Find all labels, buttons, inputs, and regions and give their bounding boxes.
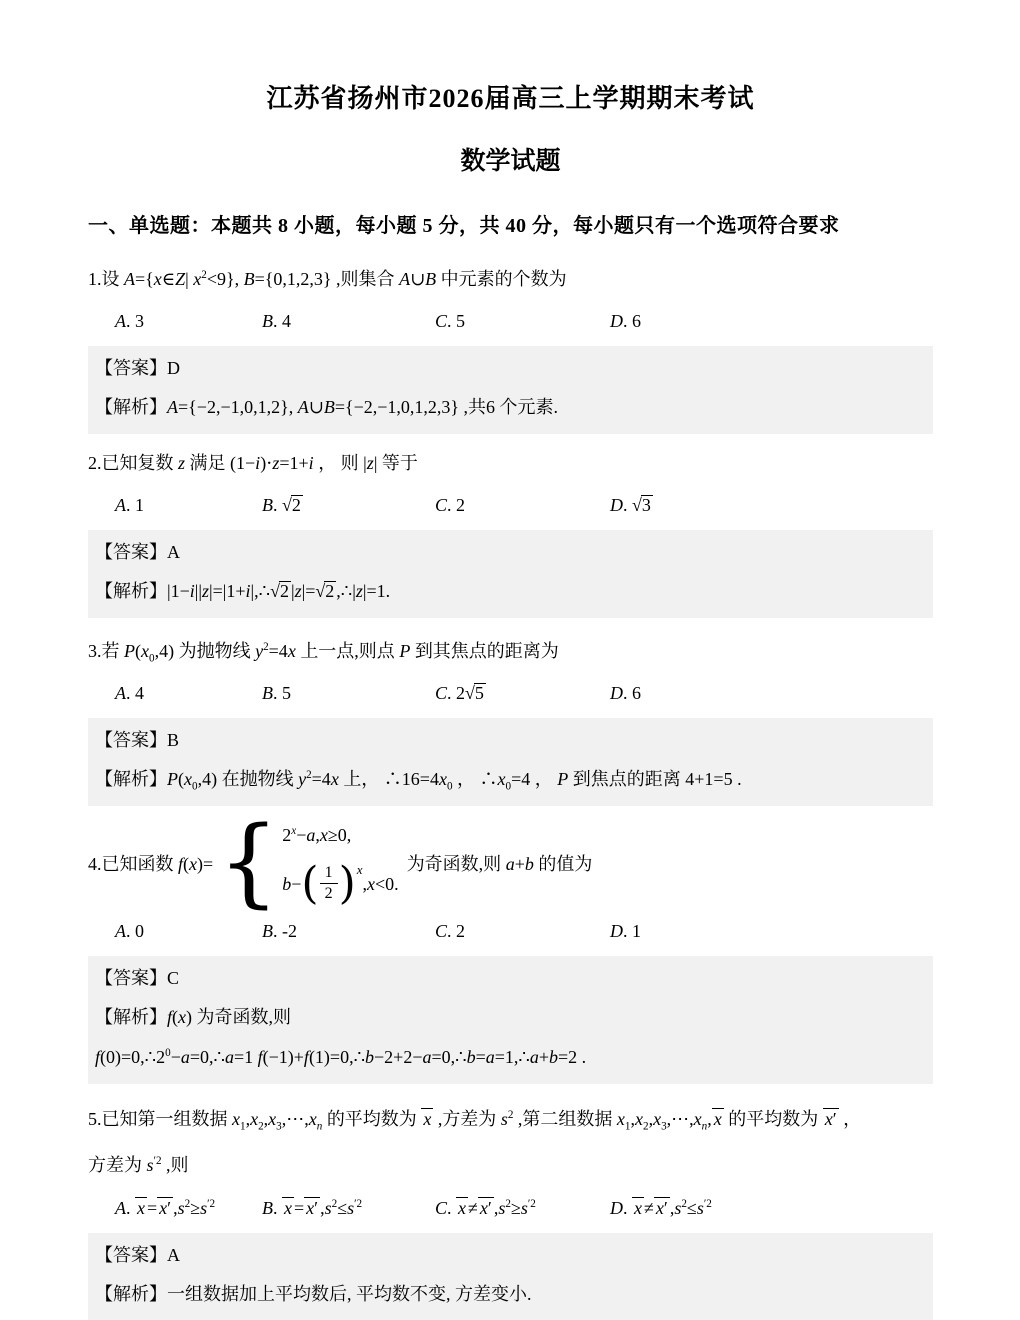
option-c: C. x≠x′,s2≥s′2 <box>435 1197 610 1219</box>
option-b: B. 4 <box>262 311 435 332</box>
fraction-numerator: 1 <box>320 864 338 884</box>
answer-line: 【答案】A <box>95 539 923 565</box>
analysis-line: 【解析】f(x) 为奇函数,则 <box>95 1003 923 1031</box>
stem-pre: 4.已知函数 f(x)= <box>88 850 213 876</box>
exponent-x: x <box>357 857 363 883</box>
answer-block: 【答案】A 【解析】|1−i||z|=|1+i|,∴√2|z|=√2,∴|z|=… <box>88 530 933 618</box>
options-row: A. 1 B. √2 C. 2 D. √3 <box>88 495 933 516</box>
analysis-line: 【解析】|1−i||z|=|1+i|,∴√2|z|=√2,∴|z|=1. <box>95 577 923 605</box>
fraction-one-half: 1 2 <box>320 864 338 904</box>
piecewise-brace: { <box>218 822 279 904</box>
piecewise-line-1: 2x−a,x≥0, <box>282 822 398 848</box>
option-d: D. 1 <box>610 921 933 942</box>
answer-line: 【答案】A <box>95 1242 923 1268</box>
analysis-line: 【解析】一组数据加上平均数后, 平均数不变, 方差变小. <box>95 1280 923 1308</box>
option-a: A. 4 <box>115 683 262 704</box>
question-5: 5.已知第一组数据 x1,x2,x3,⋯,xn 的平均数为 x ,方差为 s2 … <box>88 1104 933 1320</box>
question-stem: 2.已知复数 z 满足 (1−i)⋅z=1+i ， 则 |z| 等于 <box>88 448 933 478</box>
options-row: A. 4 B. 5 C. 2√5 D. 6 <box>88 683 933 704</box>
answer-block: 【答案】A 【解析】一组数据加上平均数后, 平均数不变, 方差变小. <box>88 1233 933 1320</box>
pw2-pre: b− <box>282 871 301 897</box>
option-b: B. √2 <box>262 495 435 516</box>
option-b: B. -2 <box>262 921 435 942</box>
analysis-line-2: f(0)=0,∴20−a=0,∴a=1 f(−1)+f(1)=0,∴b−2+2−… <box>95 1043 923 1071</box>
question-stem: 5.已知第一组数据 x1,x2,x3,⋯,xn 的平均数为 x ,方差为 s2 … <box>88 1104 933 1134</box>
answer-value: B <box>167 730 179 750</box>
answer-block: 【答案】D 【解析】A={−2,−1,0,1,2}, A∪B={−2,−1,0,… <box>88 346 933 434</box>
answer-value: C <box>167 968 179 988</box>
option-d: D. x≠x′,s2≤s′2 <box>610 1197 933 1219</box>
analysis-text: P(x0,4) 在抛物线 y2=4x 上， ∴16=4x0 ， ∴x0=4 ， … <box>167 769 742 789</box>
option-c: C. 2√5 <box>435 683 610 704</box>
answer-value: D <box>167 358 180 378</box>
option-d: D. 6 <box>610 683 933 704</box>
question-2: 2.已知复数 z 满足 (1−i)⋅z=1+i ， 则 |z| 等于 A. 1 … <box>88 448 933 618</box>
stem-text: 2.已知复数 z 满足 (1−i)⋅z=1+i ， 则 |z| 等于 <box>88 453 418 473</box>
option-b: B. 5 <box>262 683 435 704</box>
answer-label: 【答案】 <box>95 730 167 750</box>
option-a: A. x=x′,s2≥s′2 <box>115 1197 262 1219</box>
question-stem: 1.设 A={x∈Z| x2<9}, B={0,1,2,3} ,则集合 A∪B … <box>88 264 933 294</box>
section-heading: 一、单选题：本题共 8 小题，每小题 5 分，共 40 分，每小题只有一个选项符… <box>88 209 933 238</box>
option-a: A. 0 <box>115 921 262 942</box>
analysis-line: 【解析】P(x0,4) 在抛物线 y2=4x 上， ∴16=4x0 ， ∴x0=… <box>95 765 923 793</box>
answer-block: 【答案】B 【解析】P(x0,4) 在抛物线 y2=4x 上， ∴16=4x0 … <box>88 718 933 806</box>
answer-label: 【答案】 <box>95 542 167 562</box>
question-4: 4.已知函数 f(x)= { 2x−a,x≥0, b− ( 1 2 ) x ,x… <box>88 822 933 1084</box>
analysis-label: 【解析】 <box>95 1007 167 1027</box>
answer-label: 【答案】 <box>95 1245 167 1265</box>
options-row: A. x=x′,s2≥s′2 B. x=x′,s2≤s′2 C. x≠x′,s2… <box>88 1197 933 1219</box>
analysis-label: 【解析】 <box>95 1284 167 1304</box>
stem-post: 为奇函数,则 a+b 的值为 <box>407 850 593 876</box>
option-a: A. 3 <box>115 311 262 332</box>
right-paren: ) <box>339 866 356 901</box>
option-c: C. 2 <box>435 921 610 942</box>
analysis-text: A={−2,−1,0,1,2}, A∪B={−2,−1,0,1,2,3} ,共6… <box>167 397 558 417</box>
question-1: 1.设 A={x∈Z| x2<9}, B={0,1,2,3} ,则集合 A∪B … <box>88 264 933 434</box>
option-d: D. √3 <box>610 495 933 516</box>
options-row: A. 0 B. -2 C. 2 D. 1 <box>88 921 933 942</box>
answer-value: A <box>167 1245 180 1265</box>
analysis-label: 【解析】 <box>95 581 167 601</box>
fraction-denominator: 2 <box>320 884 338 903</box>
option-a: A. 1 <box>115 495 262 516</box>
answer-label: 【答案】 <box>95 358 167 378</box>
stem-text: 1.设 A={x∈Z| x2<9}, B={0,1,2,3} ,则集合 A∪B … <box>88 269 567 289</box>
analysis-text: |1−i||z|=|1+i|,∴√2|z|=√2,∴|z|=1. <box>167 581 390 601</box>
answer-line: 【答案】C <box>95 965 923 991</box>
stem-text: 3.若 P(x0,4) 为抛物线 y2=4x 上一点,则点 P 到其焦点的距离为 <box>88 641 559 661</box>
analysis-text: f(x) 为奇函数,则 <box>167 1007 291 1027</box>
exam-subtitle: 数学试题 <box>88 141 933 177</box>
piecewise-line-2: b− ( 1 2 ) x ,x<0. <box>282 864 398 904</box>
answer-line: 【答案】B <box>95 727 923 753</box>
left-paren: ( <box>301 866 318 901</box>
exam-document-page: 江苏省扬州市2026届高三上学期期末考试 数学试题 一、单选题：本题共 8 小题… <box>0 0 1020 1320</box>
analysis-label: 【解析】 <box>95 769 167 789</box>
piecewise-lines: 2x−a,x≥0, b− ( 1 2 ) x ,x<0. <box>282 822 398 904</box>
pw2-post: ,x<0. <box>363 871 399 897</box>
analysis-line: 【解析】A={−2,−1,0,1,2}, A∪B={−2,−1,0,1,2,3}… <box>95 393 923 421</box>
answer-value: A <box>167 542 180 562</box>
question-3: 3.若 P(x0,4) 为抛物线 y2=4x 上一点,则点 P 到其焦点的距离为… <box>88 636 933 806</box>
page-title: 江苏省扬州市2026届高三上学期期末考试 <box>88 0 933 115</box>
analysis-text: 一组数据加上平均数后, 平均数不变, 方差变小. <box>167 1284 532 1304</box>
stem-text-line1: 5.已知第一组数据 x1,x2,x3,⋯,xn 的平均数为 x ,方差为 s2 … <box>88 1109 861 1129</box>
question-stem: 3.若 P(x0,4) 为抛物线 y2=4x 上一点,则点 P 到其焦点的距离为 <box>88 636 933 666</box>
options-row: A. 3 B. 4 C. 5 D. 6 <box>88 311 933 332</box>
stem-text-line2: 方差为 s′2 ,则 <box>88 1155 189 1175</box>
analysis-text: f(0)=0,∴20−a=0,∴a=1 f(−1)+f(1)=0,∴b−2+2−… <box>95 1047 586 1067</box>
option-c: C. 5 <box>435 311 610 332</box>
document-content: 江苏省扬州市2026届高三上学期期末考试 数学试题 一、单选题：本题共 8 小题… <box>0 0 1020 1320</box>
answer-label: 【答案】 <box>95 968 167 988</box>
question-stem: 4.已知函数 f(x)= { 2x−a,x≥0, b− ( 1 2 ) x ,x… <box>88 822 933 904</box>
answer-block: 【答案】C 【解析】f(x) 为奇函数,则 f(0)=0,∴20−a=0,∴a=… <box>88 956 933 1084</box>
answer-line: 【答案】D <box>95 355 923 381</box>
option-b: B. x=x′,s2≤s′2 <box>262 1197 435 1219</box>
question-stem-line2: 方差为 s′2 ,则 <box>88 1150 933 1180</box>
option-c: C. 2 <box>435 495 610 516</box>
analysis-label: 【解析】 <box>95 397 167 417</box>
option-d: D. 6 <box>610 311 933 332</box>
